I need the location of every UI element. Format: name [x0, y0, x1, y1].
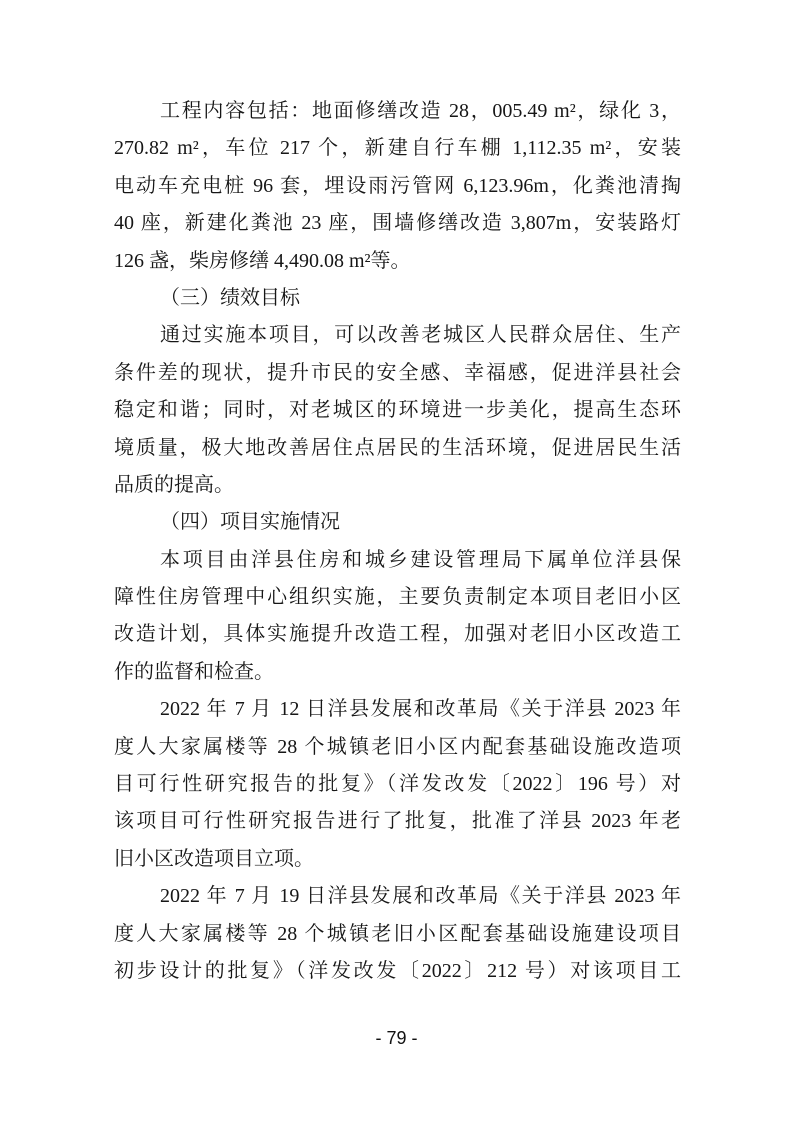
text-line: 40 座，新建化粪池 23 座，围墙修缮改造 3,807m，安装路灯: [114, 205, 681, 242]
paragraph: 通过实施本项目，可以改善老城区人民群众居住、生产条件差的现状，提升市民的安全感、…: [114, 317, 681, 504]
text-line: 改造计划，具体实施提升改造工程，加强对老旧小区改造工: [114, 616, 681, 653]
text-line: 目可行性研究报告的批复》（洋发改发〔2022〕196 号）对: [114, 766, 681, 803]
text-line: 旧小区改造项目立项。: [114, 841, 681, 878]
text-line: 电动车充电桩 96 套，埋设雨污管网 6,123.96m，化粪池清掏: [114, 168, 681, 205]
text-line: 2022 年 7 月 12 日洋县发展和改革局《关于洋县 2023 年: [114, 691, 681, 728]
text-line: 270.82 m²，车位 217 个，新建自行车棚 1,112.35 m²，安装: [114, 130, 681, 167]
text-line: 作的监督和检查。: [114, 654, 681, 691]
text-line: 2022 年 7 月 19 日洋县发展和改革局《关于洋县 2023 年: [114, 878, 681, 915]
text-line: 条件差的现状，提升市民的安全感、幸福感，促进洋县社会: [114, 355, 681, 392]
text-line: 该项目可行性研究报告进行了批复，批准了洋县 2023 年老: [114, 803, 681, 840]
text-line: 度人大家属楼等 28 个城镇老旧小区配套基础设施建设项目: [114, 916, 681, 953]
document-page: 工程内容包括：地面修缮改造 28，005.49 m²，绿化 3，270.82 m…: [0, 0, 793, 1122]
text-line: 工程内容包括：地面修缮改造 28，005.49 m²，绿化 3，: [114, 93, 681, 130]
paragraph: 2022 年 7 月 19 日洋县发展和改革局《关于洋县 2023 年度人大家属…: [114, 878, 681, 990]
text-line: 126 盏，柴房修缮 4,490.08 m²等。: [114, 243, 681, 280]
paragraph: 工程内容包括：地面修缮改造 28，005.49 m²，绿化 3，270.82 m…: [114, 93, 681, 280]
paragraph: 本项目由洋县住房和城乡建设管理局下属单位洋县保障性住房管理中心组织实施，主要负责…: [114, 542, 681, 692]
heading-line: （三）绩效目标: [114, 280, 681, 317]
text-line: 度人大家属楼等 28 个城镇老旧小区内配套基础设施改造项: [114, 729, 681, 766]
text-line: 通过实施本项目，可以改善老城区人民群众居住、生产: [114, 317, 681, 354]
section-heading: （三）绩效目标: [114, 280, 681, 317]
document-body: 工程内容包括：地面修缮改造 28，005.49 m²，绿化 3，270.82 m…: [114, 93, 681, 990]
text-line: 稳定和谐；同时，对老城区的环境进一步美化，提高生态环: [114, 392, 681, 429]
text-line: 品质的提高。: [114, 467, 681, 504]
text-line: 初步设计的批复》（洋发改发〔2022〕212 号）对该项目工: [114, 953, 681, 990]
heading-line: （四）项目实施情况: [114, 504, 681, 541]
text-line: 境质量，极大地改善居住点居民的生活环境，促进居民生活: [114, 430, 681, 467]
text-line: 障性住房管理中心组织实施，主要负责制定本项目老旧小区: [114, 579, 681, 616]
section-heading: （四）项目实施情况: [114, 504, 681, 541]
page-number: - 79 -: [0, 1028, 793, 1049]
text-line: 本项目由洋县住房和城乡建设管理局下属单位洋县保: [114, 542, 681, 579]
paragraph: 2022 年 7 月 12 日洋县发展和改革局《关于洋县 2023 年度人大家属…: [114, 691, 681, 878]
